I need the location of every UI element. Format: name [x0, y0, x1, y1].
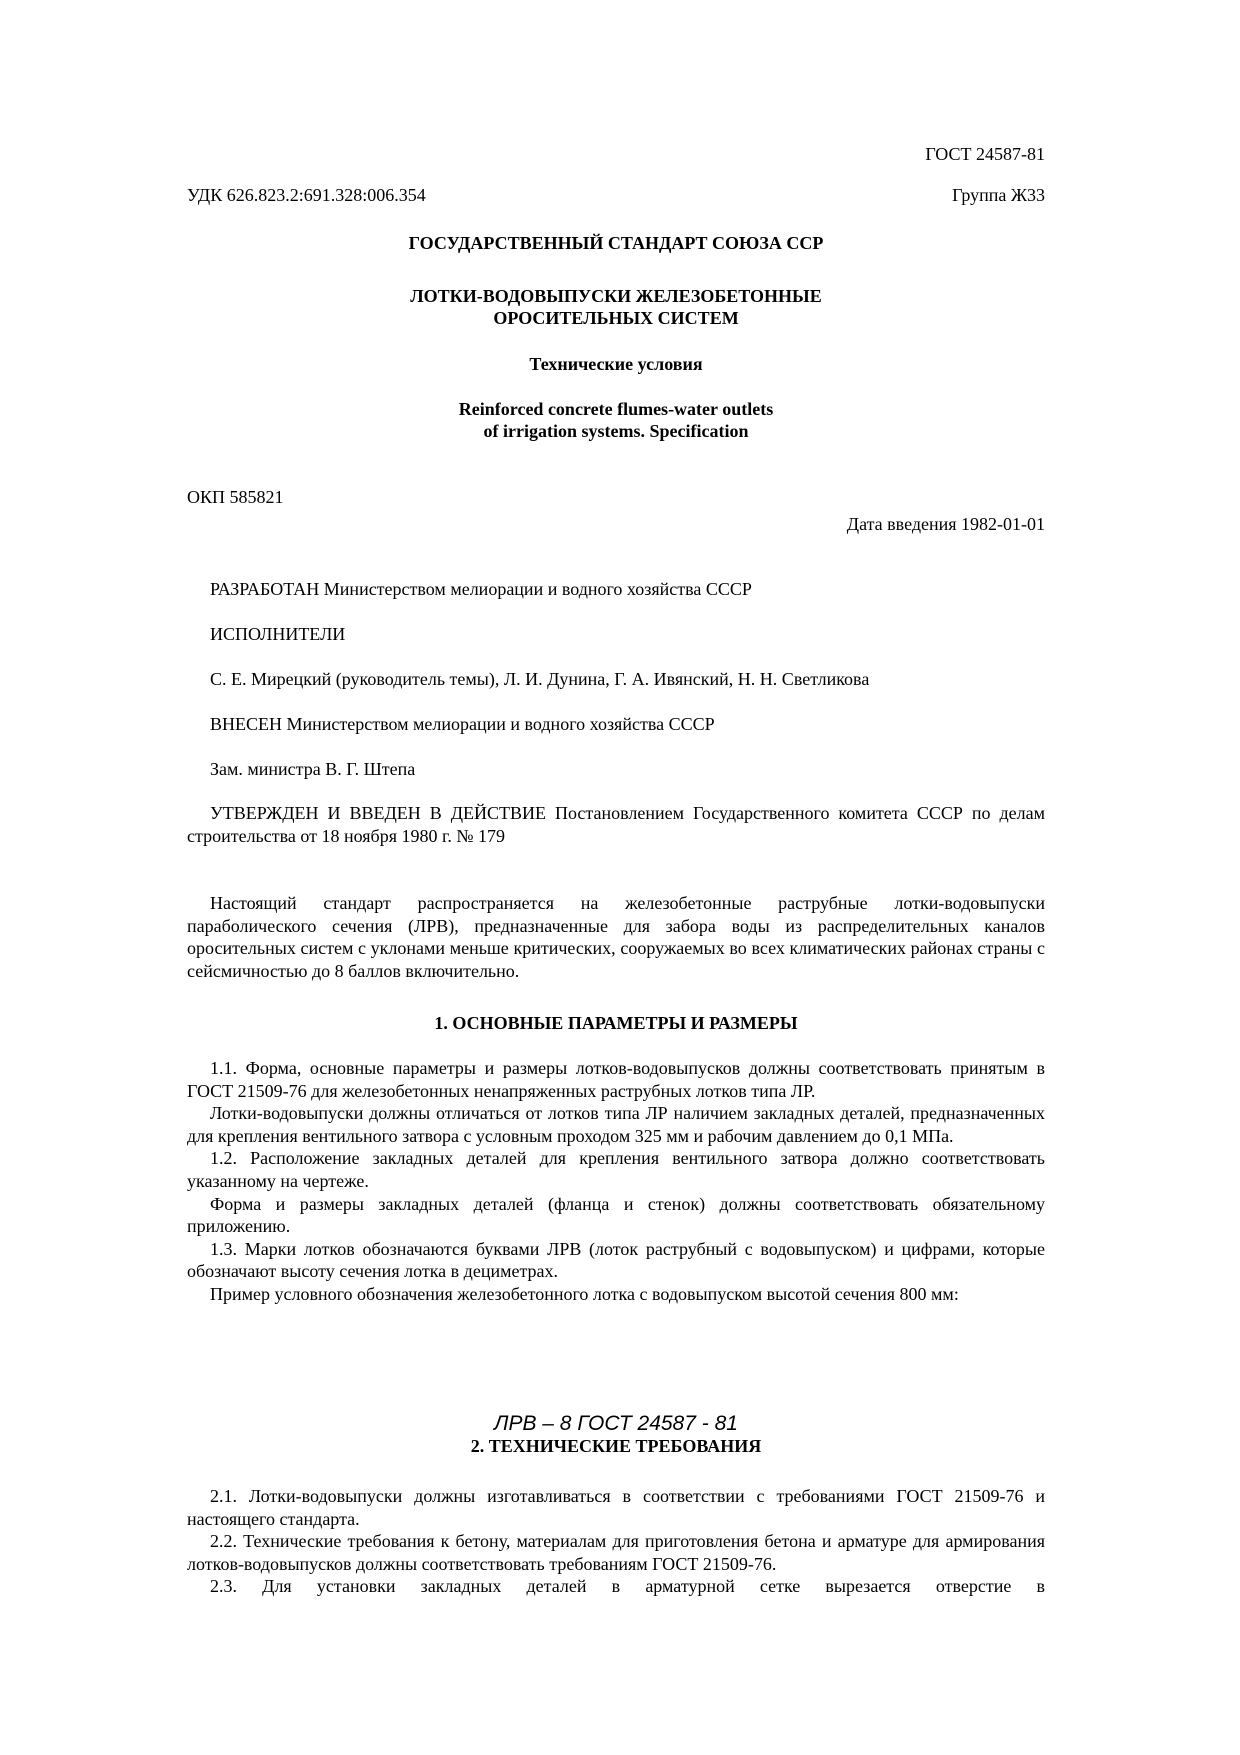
okp-code: ОКП 585821	[187, 486, 284, 508]
section-1-body: 1.1. Форма, основные параметры и размеры…	[187, 1057, 1045, 1306]
performers-label: ИСПОЛНИТЕЛИ	[210, 623, 345, 645]
paragraph-1-3-b: Пример условного обозначения железобетон…	[187, 1283, 1045, 1306]
subtitle: Технические условия	[187, 353, 1045, 375]
approved-statement: УТВЕРЖДЕН И ВВЕДЕН В ДЕЙСТВИЕ Постановле…	[187, 802, 1045, 847]
udk-code: УДК 626.823.2:691.328:006.354	[187, 184, 426, 206]
section-2-body: 2.1. Лотки-водовыпуски должны изготавлив…	[187, 1485, 1045, 1598]
introduction-date: Дата введения 1982-01-01	[847, 513, 1045, 535]
group-code: Группа Ж33	[952, 184, 1045, 206]
gost-number: ГОСТ 24587-81	[925, 143, 1045, 165]
english-title-line-2: of irrigation systems. Specification	[187, 420, 1045, 442]
title-line-1: ЛОТКИ-ВОДОВЫПУСКИ ЖЕЛЕЗОБЕТОННЫЕ	[187, 285, 1045, 307]
developed-by: РАЗРАБОТАН Министерством мелиорации и во…	[210, 578, 752, 600]
performers-list: С. Е. Мирецкий (руководитель темы), Л. И…	[210, 668, 869, 690]
designation-formula: ЛРВ – 8 ГОСТ 24587 - 81	[187, 1412, 1045, 1436]
deputy-minister: Зам. министра В. Г. Штепа	[210, 758, 415, 780]
paragraph-2-3: 2.3. Для установки закладных деталей в а…	[187, 1575, 1045, 1598]
english-title-line-1: Reinforced concrete flumes-water outlets	[187, 398, 1045, 420]
scope-paragraph: Настоящий стандарт распространяется на ж…	[187, 892, 1045, 982]
state-standard-heading: ГОСУДАРСТВЕННЫЙ СТАНДАРТ СОЮЗА ССР	[187, 232, 1045, 254]
paragraph-1-2-b: Форма и размеры закладных деталей (фланц…	[187, 1193, 1045, 1238]
paragraph-1-2: 1.2. Расположение закладных деталей для …	[187, 1147, 1045, 1192]
section-2-heading: 2. ТЕХНИЧЕСКИЕ ТРЕБОВАНИЯ	[187, 1435, 1045, 1457]
paragraph-1-1-b: Лотки-водовыпуски должны отличаться от л…	[187, 1102, 1045, 1147]
paragraph-2-1: 2.1. Лотки-водовыпуски должны изготавлив…	[187, 1485, 1045, 1530]
paragraph-1-1: 1.1. Форма, основные параметры и размеры…	[187, 1057, 1045, 1102]
paragraph-1-3: 1.3. Марки лотков обозначаются буквами Л…	[187, 1238, 1045, 1283]
title-line-2: ОРОСИТЕЛЬНЫХ СИСТЕМ	[187, 307, 1045, 329]
introduced-by: ВНЕСЕН Министерством мелиорации и водног…	[210, 713, 715, 735]
paragraph-2-2: 2.2. Технические требования к бетону, ма…	[187, 1530, 1045, 1575]
section-1-heading: 1. ОСНОВНЫЕ ПАРАМЕТРЫ И РАЗМЕРЫ	[187, 1012, 1045, 1034]
